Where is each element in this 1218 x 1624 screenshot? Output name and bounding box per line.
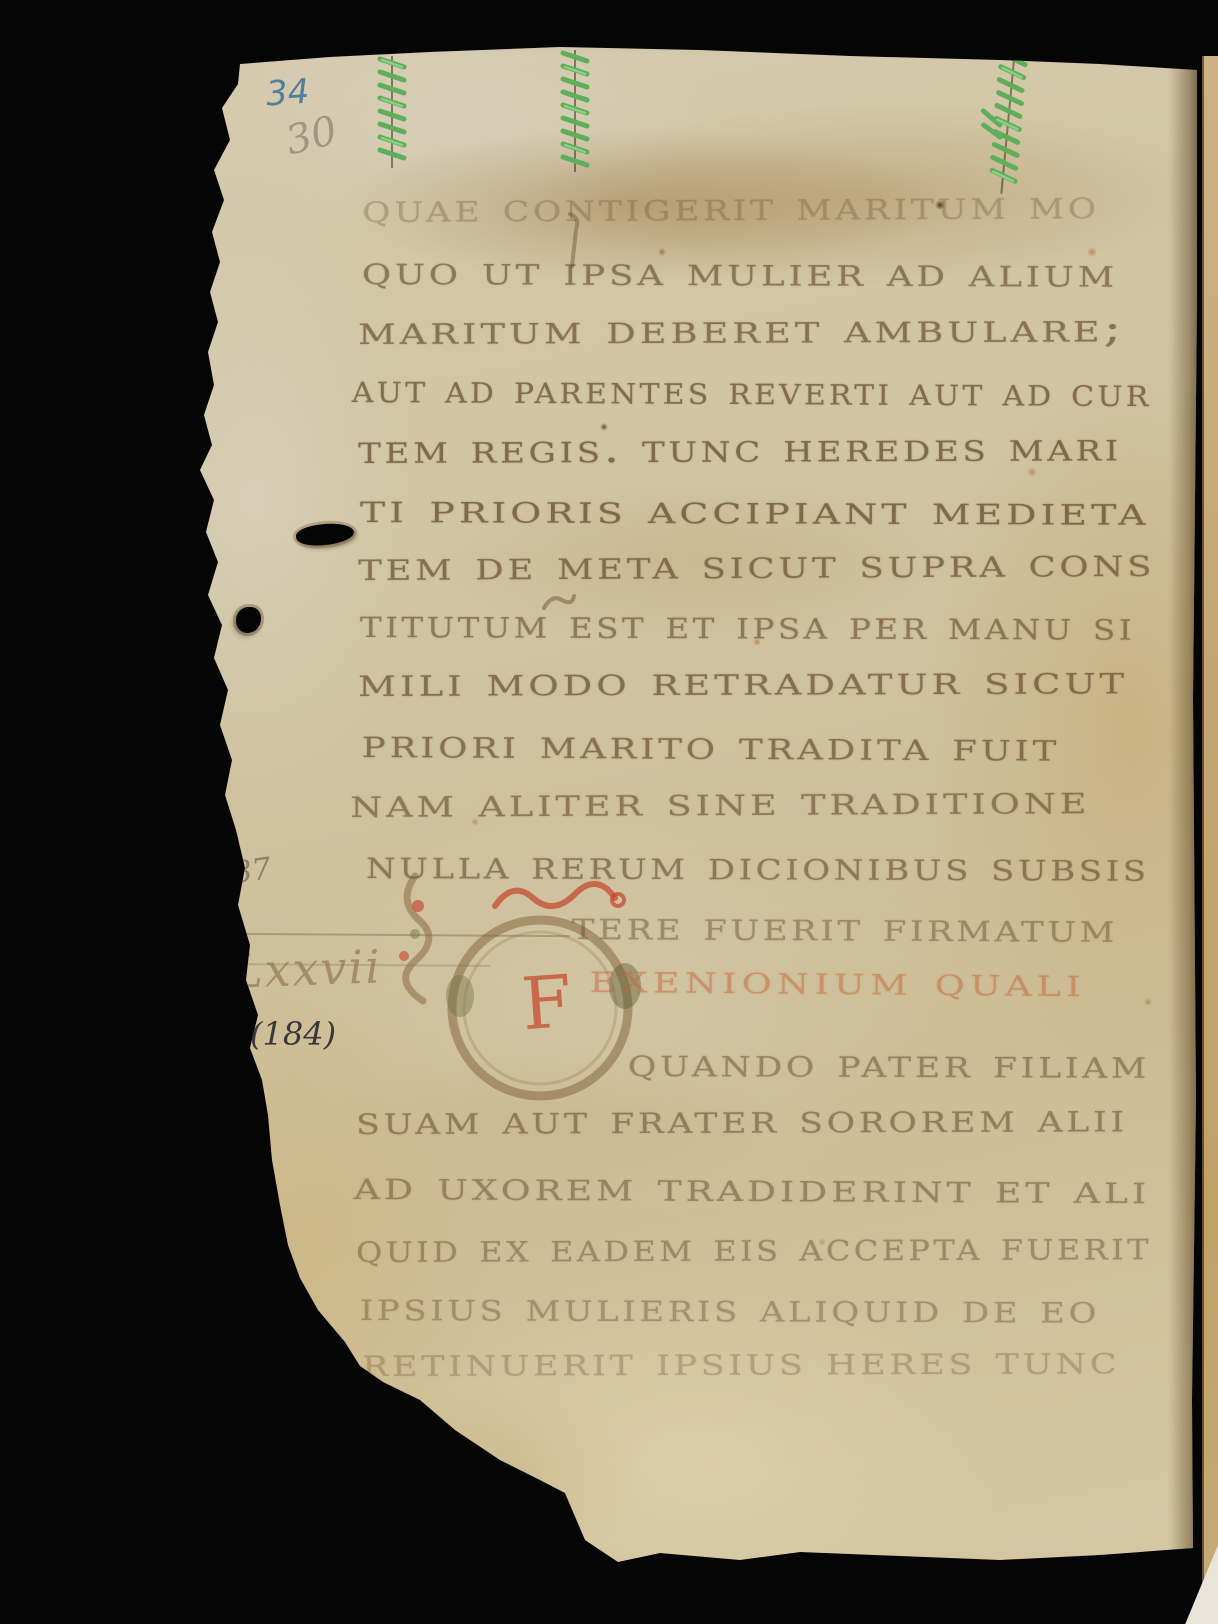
parchment-hole: [295, 521, 355, 549]
text-line: ti prioris accipiant medieta: [360, 486, 1150, 535]
text-line: nulla rerum dicionibus subsis: [366, 842, 1150, 891]
adjacent-folio-edge: [1202, 56, 1218, 1624]
text-line: maritum deberet ambulare;: [358, 305, 1125, 354]
repair-stitch-left: [372, 56, 416, 168]
initial-inner-glyph: F: [519, 959, 575, 1046]
text-line: ipsius mulieris aliquid de eo: [360, 1284, 1100, 1333]
margin-number-pencil: 187: [212, 854, 273, 892]
folio-number-pencil: 30: [282, 110, 341, 161]
text-line: tem regis. tunc heredes mari: [358, 424, 1122, 473]
rubric-line: exenionium quali: [589, 956, 1086, 1006]
text-line: quando pater filiam: [628, 1040, 1150, 1088]
text-line: aut ad parentes reverti aut ad cur: [352, 366, 1152, 416]
text-line: retinuerit ipsius heres tunc: [362, 1337, 1120, 1386]
text-line: quae contigerit maritum mo: [362, 182, 1100, 232]
text-line: quo ut ipsa mulier ad alium: [362, 248, 1118, 297]
text-line: titutum est et ipsa per manu si: [360, 601, 1135, 650]
gutter-crease: [1168, 60, 1198, 1555]
text-line: nam aliter sine traditione: [350, 777, 1090, 827]
text-line: tere fuerit firmatum: [572, 903, 1118, 952]
text-line: tem de meta sicut supra cons: [358, 540, 1155, 590]
manuscript-scan: 34 30 187 (184) Lxxvii F q: [0, 0, 1218, 1624]
text-line: priori marito tradita fuit: [362, 721, 1060, 771]
text-line: mili modo retradatur sicut: [358, 657, 1128, 706]
chapter-numeral: Lxxvii: [231, 943, 382, 994]
parchment-hole: [236, 607, 261, 633]
folio-number-ink: 34: [265, 75, 311, 112]
text-line: quid ex eadem eis accepta fuerit: [356, 1223, 1152, 1272]
repair-stitch-right: [972, 49, 1045, 197]
text-line: suam aut frater sororem alii: [356, 1095, 1128, 1144]
parchment-leaf: 34 30 187 (184) Lxxvii F q: [0, 0, 1218, 1624]
text-line: ad uxorem tradiderint et ali: [354, 1163, 1151, 1213]
repair-stitch-middle: [554, 50, 598, 172]
margin-number-ink: (184): [250, 1018, 336, 1050]
